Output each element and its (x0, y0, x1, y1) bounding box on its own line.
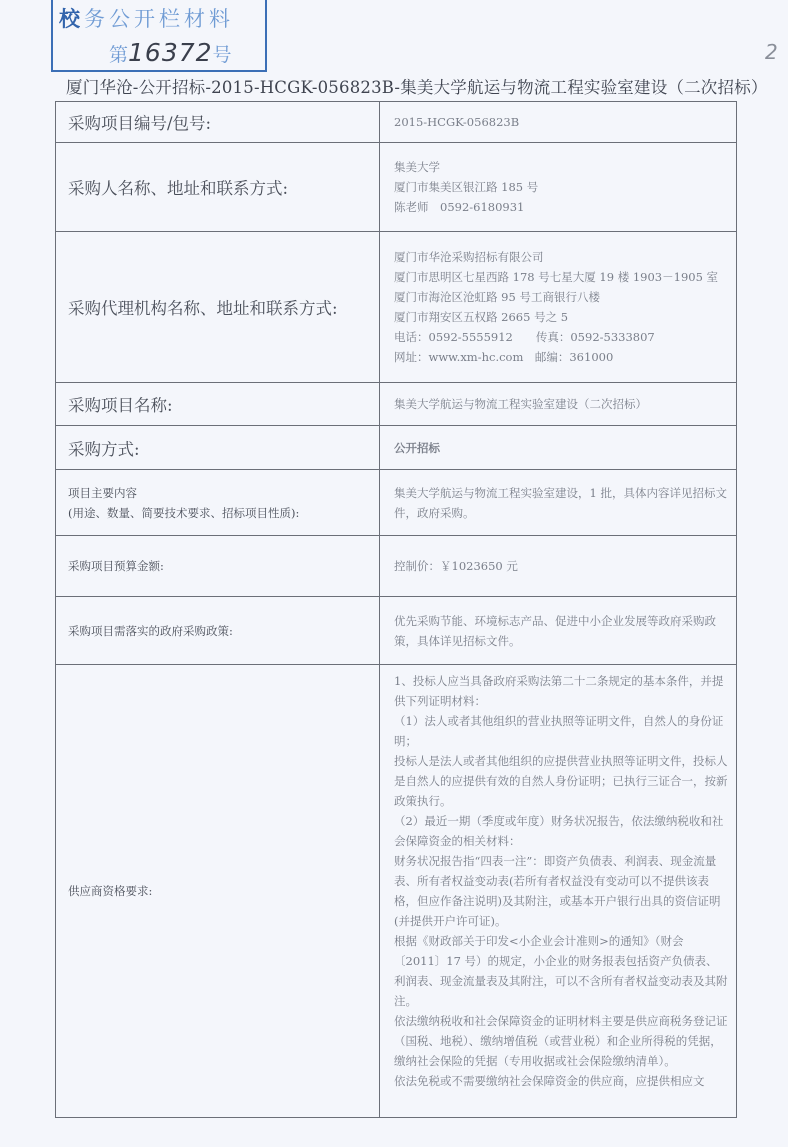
row-value: 集美大学航运与物流工程实验室建设（二次招标） (380, 383, 737, 426)
row-label: 采购方式: (56, 426, 380, 470)
purchaser-contact: 陈老师 0592-6180931 (394, 197, 728, 217)
row-label-line2: (用途、数量、简要技术要求、招标项目性质): (68, 503, 379, 523)
table-row-project-name: 采购项目名称: 集美大学航运与物流工程实验室建设（二次招标） (56, 383, 737, 426)
project-name-value: 集美大学航运与物流工程实验室建设（二次招标） (394, 394, 728, 414)
archive-stamp: 校务公开栏材料 第16372号 (51, 0, 267, 72)
table-row-project-number: 采购项目编号/包号: 2015-HCGK-056823B (56, 102, 737, 143)
stamp-suffix: 号 (213, 44, 232, 66)
agency-address-2: 厦门市海沧区沧虹路 95 号工商银行八楼 (394, 287, 728, 307)
table-row-policy: 采购项目需落实的政府采购政策: 优先采购节能、环境标志产品、促进中小企业发展等政… (56, 597, 737, 665)
qualification-paragraph: 投标人是法人或者其他组织的应提供营业执照等证明文件，投标人是自然人的应提供有效的… (394, 751, 728, 811)
agency-address-3: 厦门市翔安区五权路 2665 号之 5 (394, 307, 728, 327)
row-value: 集美大学航运与物流工程实验室建设，1 批，具体内容详见招标文件，政府采购。 (380, 470, 737, 536)
row-label: 项目主要内容 (用途、数量、简要技术要求、招标项目性质): (56, 470, 380, 536)
agency-phone-fax: 电话：0592-5555912 传真：0592-5333807 (394, 327, 728, 347)
row-label: 采购项目需落实的政府采购政策: (56, 597, 380, 665)
row-label: 采购项目名称: (56, 383, 380, 426)
qualification-paragraph: （1）法人或者其他组织的营业执照等证明文件，自然人的身份证明； (394, 711, 728, 751)
agency-address-1: 厦门市思明区七星西路 178 号七星大厦 19 楼 1903－1905 室 (394, 267, 728, 287)
row-value: 优先采购节能、环境标志产品、促进中小企业发展等政府采购政策，具体详见招标文件。 (380, 597, 737, 665)
purchaser-address: 厦门市集美区银江路 185 号 (394, 177, 728, 197)
qualification-paragraph: 根据《财政部关于印发<小企业会计准则>的通知》（财会〔2011〕17 号）的规定… (394, 931, 728, 1011)
agency-name: 厦门市华沧采购招标有限公司 (394, 247, 728, 267)
table-row-purchaser: 采购人名称、地址和联系方式: 集美大学 厦门市集美区银江路 185 号 陈老师 … (56, 143, 737, 232)
row-label: 采购代理机构名称、地址和联系方式: (56, 232, 380, 383)
stamp-title: 校务公开栏材料 (59, 3, 234, 33)
row-label: 采购项目编号/包号: (56, 102, 380, 143)
procurement-info-table: 采购项目编号/包号: 2015-HCGK-056823B 采购人名称、地址和联系… (55, 101, 737, 1118)
agency-website-zip: 网址：www.xm-hc.com 邮编：361000 (394, 347, 728, 367)
procurement-method-value: 公开招标 (394, 438, 728, 458)
stamp-number-line: 第16372号 (109, 38, 232, 67)
stamp-prefix: 第 (109, 44, 128, 66)
stamp-title-first: 校 (59, 6, 84, 31)
row-label-line1: 项目主要内容 (68, 483, 379, 503)
row-value: 集美大学 厦门市集美区银江路 185 号 陈老师 0592-6180931 (380, 143, 737, 232)
row-value: 厦门市华沧采购招标有限公司 厦门市思明区七星西路 178 号七星大厦 19 楼 … (380, 232, 737, 383)
row-value: 2015-HCGK-056823B (380, 102, 737, 143)
document-title: 厦门华沧-公开招标-2015-HCGK-056823B-集美大学航运与物流工程实… (66, 74, 768, 98)
row-value: 1、投标人应当具备政府采购法第二十二条规定的基本条件，并提供下列证明材料： （1… (380, 665, 737, 1118)
row-value: 公开招标 (380, 426, 737, 470)
qualification-paragraph: 1、投标人应当具备政府采购法第二十二条规定的基本条件，并提供下列证明材料： (394, 671, 728, 711)
row-label: 采购项目预算金额: (56, 536, 380, 597)
stamp-title-rest: 务公开栏材料 (84, 7, 234, 31)
qualification-paragraph: （2）最近一期（季度或年度）财务状况报告，依法缴纳税收和社会保障资金的相关材料： (394, 811, 728, 851)
row-label: 采购人名称、地址和联系方式: (56, 143, 380, 232)
budget-value: 控制价：￥1023650 元 (394, 556, 728, 576)
handwritten-page-number: 2 (765, 40, 778, 64)
row-label: 供应商资格要求: (56, 665, 380, 1118)
table-row-agency: 采购代理机构名称、地址和联系方式: 厦门市华沧采购招标有限公司 厦门市思明区七星… (56, 232, 737, 383)
table-row-supplier-qualification: 供应商资格要求: 1、投标人应当具备政府采购法第二十二条规定的基本条件，并提供下… (56, 665, 737, 1118)
table-row-procurement-method: 采购方式: 公开招标 (56, 426, 737, 470)
purchaser-name: 集美大学 (394, 157, 728, 177)
qualification-paragraph: 依法缴纳税收和社会保障资金的证明材料主要是供应商税务登记证（国税、地税）、缴纳增… (394, 1011, 728, 1071)
stamp-handwritten-number: 16372 (128, 38, 213, 67)
table-row-project-content: 项目主要内容 (用途、数量、简要技术要求、招标项目性质): 集美大学航运与物流工… (56, 470, 737, 536)
qualification-paragraph: 依法免税或不需要缴纳社会保障资金的供应商，应提供相应文 (394, 1071, 728, 1091)
policy-value: 优先采购节能、环境标志产品、促进中小企业发展等政府采购政策，具体详见招标文件。 (394, 611, 728, 651)
project-content-value: 集美大学航运与物流工程实验室建设，1 批，具体内容详见招标文件，政府采购。 (394, 483, 728, 523)
table-row-budget: 采购项目预算金额: 控制价：￥1023650 元 (56, 536, 737, 597)
project-number-value: 2015-HCGK-056823B (394, 112, 728, 132)
qualification-paragraph: 财务状况报告指“四表一注”：即资产负债表、利润表、现金流量表、所有者权益变动表(… (394, 851, 728, 931)
row-value: 控制价：￥1023650 元 (380, 536, 737, 597)
